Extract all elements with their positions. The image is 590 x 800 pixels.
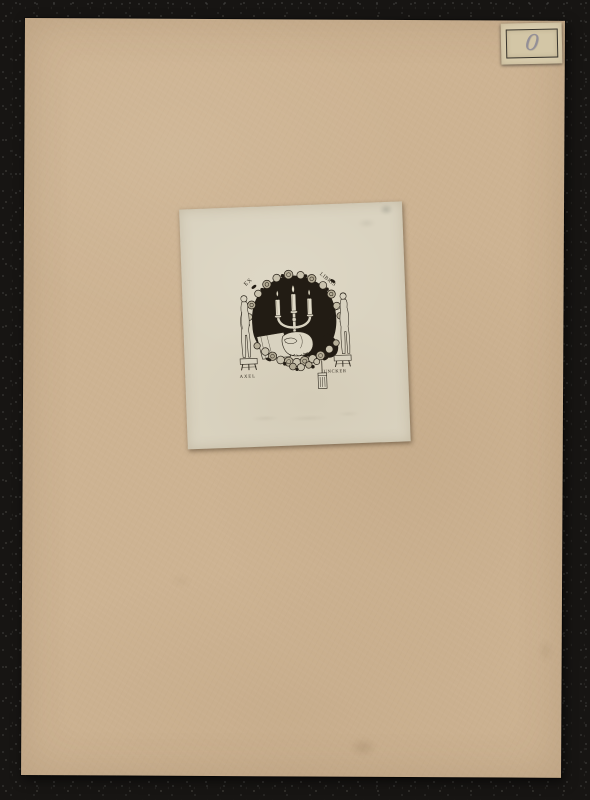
stem-knop — [292, 317, 296, 321]
label-number: 0 — [523, 32, 539, 55]
fist — [282, 331, 314, 356]
ink-show-through — [243, 407, 369, 427]
bookplate-paper: EX LIBRIS AXEL JUNCKER — [179, 201, 411, 449]
pedestal-stool-left — [240, 358, 257, 370]
head — [241, 296, 247, 302]
adhesive-smudge — [379, 204, 393, 216]
owner-last-name: JUNCKER — [321, 368, 347, 374]
pedestal-stool-right — [334, 355, 351, 367]
label-frame: 0 — [505, 28, 558, 58]
candle-right — [307, 298, 312, 314]
board-stain — [170, 575, 192, 587]
exlibris-artwork: EX LIBRIS AXEL JUNCKER — [234, 260, 355, 396]
pencil-ghost-mark — [358, 218, 376, 228]
board-stain — [349, 738, 377, 757]
candle-center — [291, 294, 296, 311]
inventory-corner-label: 0 — [501, 22, 563, 64]
owner-first-name: AXEL — [240, 373, 256, 379]
mount-board: EX LIBRIS AXEL JUNCKER — [21, 18, 565, 778]
head — [340, 293, 346, 299]
candle-left — [275, 299, 280, 315]
board-stain — [538, 639, 554, 663]
scan-page: EX LIBRIS AXEL JUNCKER 0 — [0, 0, 590, 800]
leaf — [251, 285, 256, 290]
motto-ex: EX — [243, 277, 254, 288]
body — [240, 302, 251, 358]
body — [339, 299, 350, 354]
hanging-tassel — [317, 360, 327, 388]
